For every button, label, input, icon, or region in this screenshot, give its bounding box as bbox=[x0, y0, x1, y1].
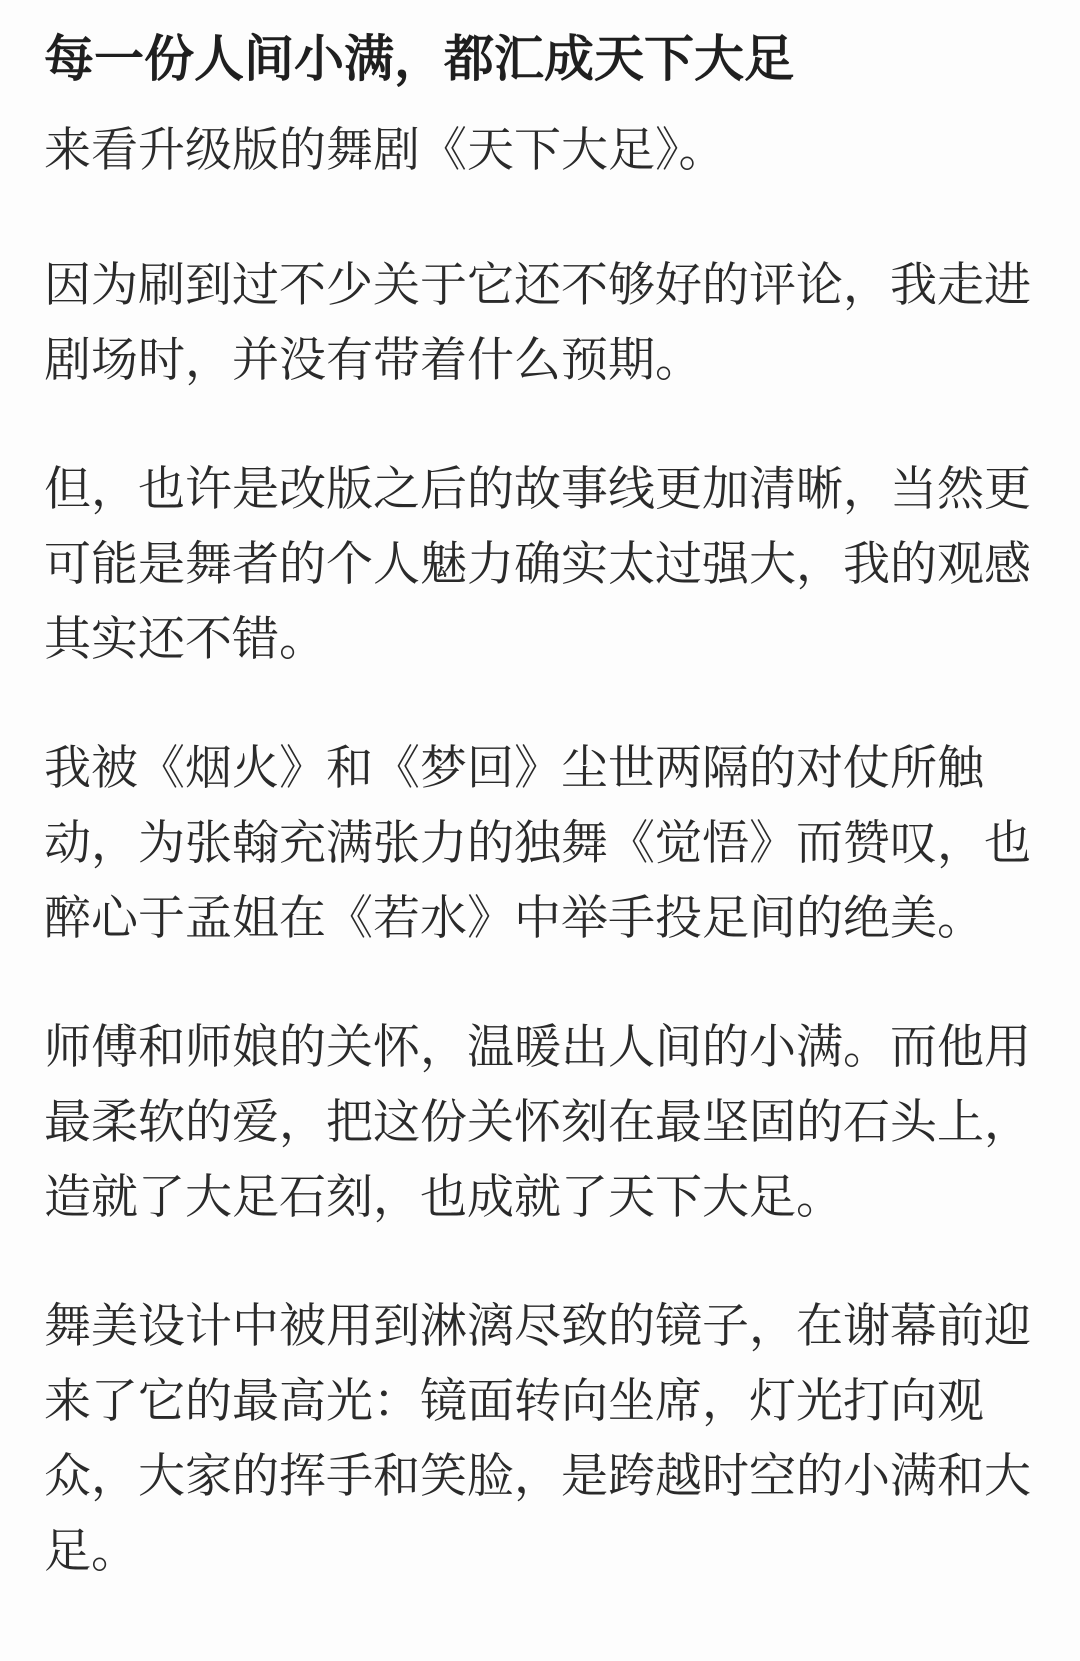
article-paragraph-5: 舞美设计中被用到淋漓尽致的镜子，在谢幕前迎来了它的最高光：镜面转向坐席，灯光打向… bbox=[44, 1288, 1036, 1588]
article-paragraph-4: 师傅和师娘的关怀，温暖出人间的小满。而他用最柔软的爱，把这份关怀刻在最坚固的石头… bbox=[44, 1009, 1036, 1234]
article-lead-paragraph: 来看升级版的舞剧《天下大足》。 bbox=[44, 112, 1036, 187]
article-paragraph-1: 因为刷到过不少关于它还不够好的评论，我走进剧场时，并没有带着什么预期。 bbox=[44, 247, 1036, 397]
article-paragraph-2: 但，也许是改版之后的故事线更加清晰，当然更可能是舞者的个人魅力确实太过强大，我的… bbox=[44, 451, 1036, 676]
article-title: 每一份人间小满，都汇成天下大足 bbox=[44, 23, 1036, 95]
article-page: 每一份人间小满，都汇成天下大足 来看升级版的舞剧《天下大足》。 因为刷到过不少关… bbox=[0, 0, 1080, 1661]
article-paragraph-3: 我被《烟火》和《梦回》尘世两隔的对仗所触动，为张翰充满张力的独舞《觉悟》而赞叹，… bbox=[44, 730, 1036, 955]
